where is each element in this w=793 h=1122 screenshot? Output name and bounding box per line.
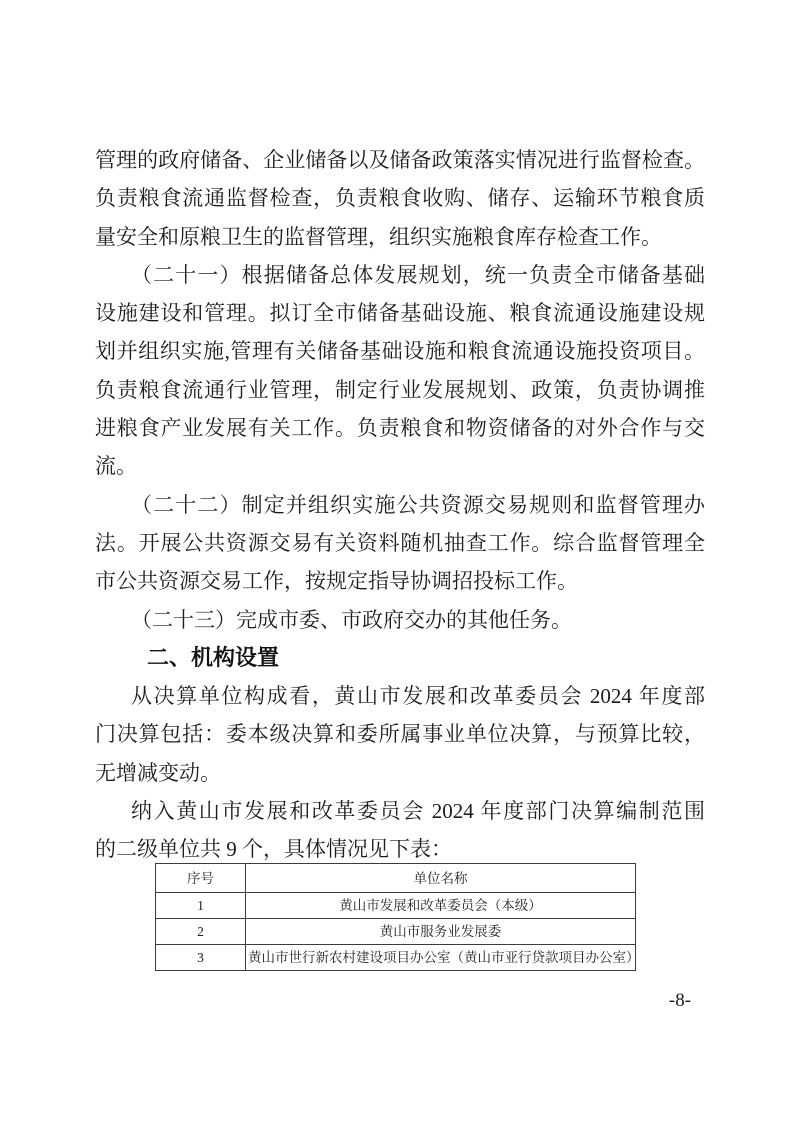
paragraph: （二十二）制定并组织实施公共资源交易规则和监督管理办 法。开展公共资源交易有关资… (95, 486, 705, 601)
text-line: 管理的政府储备、企业储备以及储备政策落实情况进行监督检查。 (95, 141, 705, 179)
text-line: 法。开展公共资源交易有关资料随机抽查工作。综合监督管理全 (95, 524, 705, 562)
text-line: 负责粮食流通监督检查，负责粮食收购、储存、运输环节粮食质 (95, 179, 705, 217)
table-cell-index: 2 (156, 919, 246, 945)
text-line: 量安全和原粮卫生的监督管理，组织实施粮食库存检查工作。 (95, 218, 705, 256)
table-header-row: 序号 单位名称 (156, 864, 636, 893)
units-table: 序号 单位名称 1 黄山市发展和改革委员会（本级） 2 黄山市服务业发展委 3 … (155, 863, 636, 971)
text-line: 从决算单位构成看，黄山市发展和改革委员会 2024 年度部 (95, 677, 705, 715)
text-line: （二十一）根据储备总体发展规划，统一负责全市储备基础 (95, 256, 705, 294)
text-line: 纳入黄山市发展和改革委员会 2024 年度部门决算编制范围 (95, 792, 705, 830)
text-line: 负责粮食流通行业管理，制定行业发展规划、政策，负责协调推 (95, 371, 705, 409)
text-line: （二十二）制定并组织实施公共资源交易规则和监督管理办 (95, 486, 705, 524)
text-line: 设施建设和管理。拟订全市储备基础设施、粮食流通设施建设规 (95, 294, 705, 332)
table-header-index: 序号 (156, 864, 246, 893)
table-cell-index: 3 (156, 945, 246, 971)
table-row: 1 黄山市发展和改革委员会（本级） (156, 893, 636, 919)
text-line: （二十三）完成市委、市政府交办的其他任务。 (95, 601, 705, 639)
paragraph: 管理的政府储备、企业储备以及储备政策落实情况进行监督检查。 负责粮食流通监督检查… (95, 141, 705, 256)
page-number: -8- (653, 990, 707, 1012)
paragraph: 从决算单位构成看，黄山市发展和改革委员会 2024 年度部 门决算包括：委本级决… (95, 677, 705, 792)
text-line: 流。 (95, 447, 705, 485)
text-line: 无增减变动。 (95, 754, 705, 792)
table-row: 2 黄山市服务业发展委 (156, 919, 636, 945)
text-line: 市公共资源交易工作，按规定指导协调招投标工作。 (95, 562, 705, 600)
table-cell-unit-name: 黄山市世行新农村建设项目办公室（黄山市亚行贷款项目办公室） (246, 945, 636, 971)
document-page: 管理的政府储备、企业储备以及储备政策落实情况进行监督检查。 负责粮食流通监督检查… (0, 0, 793, 1122)
section-heading: 二、机构设置 (95, 639, 705, 677)
text-line: 门决算包括：委本级决算和委所属事业单位决算，与预算比较， (95, 715, 705, 753)
text-line: 进粮食产业发展有关工作。负责粮食和物资储备的对外合作与交 (95, 409, 705, 447)
table-row: 3 黄山市世行新农村建设项目办公室（黄山市亚行贷款项目办公室） (156, 945, 636, 971)
document-body: 管理的政府储备、企业储备以及储备政策落实情况进行监督检查。 负责粮食流通监督检查… (95, 141, 705, 869)
paragraph: （二十三）完成市委、市政府交办的其他任务。 (95, 601, 705, 639)
table-cell-index: 1 (156, 893, 246, 919)
paragraph: 纳入黄山市发展和改革委员会 2024 年度部门决算编制范围 的二级单位共 9 个… (95, 792, 705, 869)
table-cell-unit-name: 黄山市服务业发展委 (246, 919, 636, 945)
text-line: 划并组织实施,管理有关储备基础设施和粮食流通设施投资项目。 (95, 332, 705, 370)
paragraph: （二十一）根据储备总体发展规划，统一负责全市储备基础 设施建设和管理。拟订全市储… (95, 256, 705, 486)
table-cell-unit-name: 黄山市发展和改革委员会（本级） (246, 893, 636, 919)
table-header-unit-name: 单位名称 (246, 864, 636, 893)
